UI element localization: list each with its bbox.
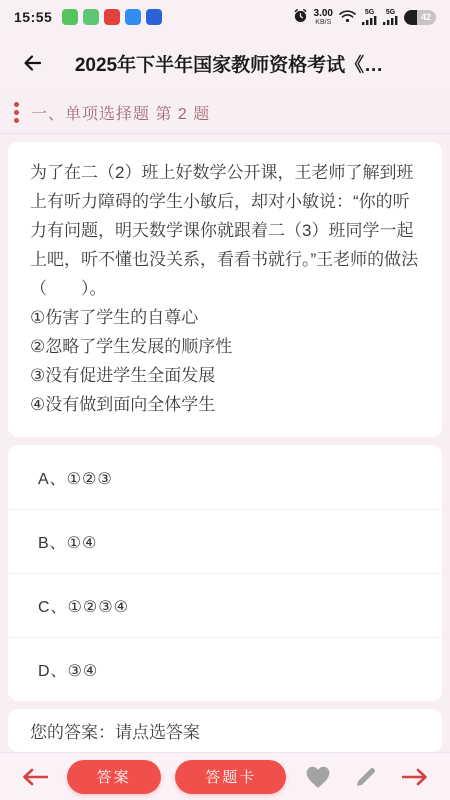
- your-answer-label: 您的答案：请点选答案: [30, 718, 200, 743]
- notification-app-icons: [62, 9, 162, 25]
- option-a-label: A、①②③: [38, 466, 113, 489]
- question-statement: ③没有促进学生全面发展: [30, 361, 422, 390]
- wifi-icon: [339, 9, 356, 26]
- options-list: A、①②③ B、①④ C、①②③④ D、③④: [8, 445, 442, 701]
- question-statement: ①伤害了学生的自尊心: [30, 303, 422, 332]
- cellular-signal-icon-2: 5G: [383, 9, 398, 25]
- app-icon: [125, 9, 141, 25]
- app-icon: [104, 9, 120, 25]
- next-question-arrow-icon[interactable]: [398, 760, 432, 794]
- page-title: 2025年下半年国家教师资格考试《…: [50, 50, 434, 77]
- back-button[interactable]: [16, 46, 50, 80]
- answer-button[interactable]: 答案: [67, 760, 161, 794]
- option-a[interactable]: A、①②③: [8, 445, 442, 509]
- battery-icon: 42: [404, 10, 436, 25]
- option-c-label: C、①②③④: [38, 594, 129, 617]
- option-d-label: D、③④: [38, 658, 98, 681]
- answer-sheet-button[interactable]: 答题卡: [175, 760, 286, 794]
- option-b-label: B、①④: [38, 530, 97, 553]
- clock-time: 15:55: [14, 9, 52, 25]
- app-icon: [62, 9, 78, 25]
- option-b[interactable]: B、①④: [8, 509, 442, 573]
- note-pencil-icon[interactable]: [349, 760, 383, 794]
- your-answer-bar: 您的答案：请点选答案: [8, 709, 442, 752]
- question-statement: ②忽略了学生发展的顺序性: [30, 332, 422, 361]
- cellular-signal-icon-1: 5G: [362, 9, 377, 25]
- battery-percentage: 42: [421, 12, 431, 22]
- option-c[interactable]: C、①②③④: [8, 573, 442, 637]
- app-icon: [146, 9, 162, 25]
- bottom-toolbar: 答案 答题卡: [0, 752, 450, 800]
- favorite-heart-icon[interactable]: [301, 760, 335, 794]
- section-label: 一、单项选择题 第 2 题: [31, 101, 210, 124]
- previous-question-arrow-icon[interactable]: [18, 760, 52, 794]
- app-icon: [83, 9, 99, 25]
- option-d[interactable]: D、③④: [8, 637, 442, 701]
- section-marker-icon: [14, 102, 19, 123]
- network-speed: 3.00 KB/S: [314, 9, 333, 26]
- question-card: 为了在二（2）班上好数学公开课，王老师了解到班上有听力障碍的学生小敏后，却对小敏…: [8, 142, 442, 437]
- question-text: 为了在二（2）班上好数学公开课，王老师了解到班上有听力障碍的学生小敏后，却对小敏…: [30, 158, 422, 303]
- question-statement: ④没有做到面向全体学生: [30, 390, 422, 419]
- alarm-icon: [293, 8, 308, 26]
- section-header: 一、单项选择题 第 2 题: [0, 92, 450, 134]
- title-bar: 2025年下半年国家教师资格考试《…: [0, 34, 450, 92]
- status-bar: 15:55 3.00 KB/S 5G 5G 42: [0, 0, 450, 34]
